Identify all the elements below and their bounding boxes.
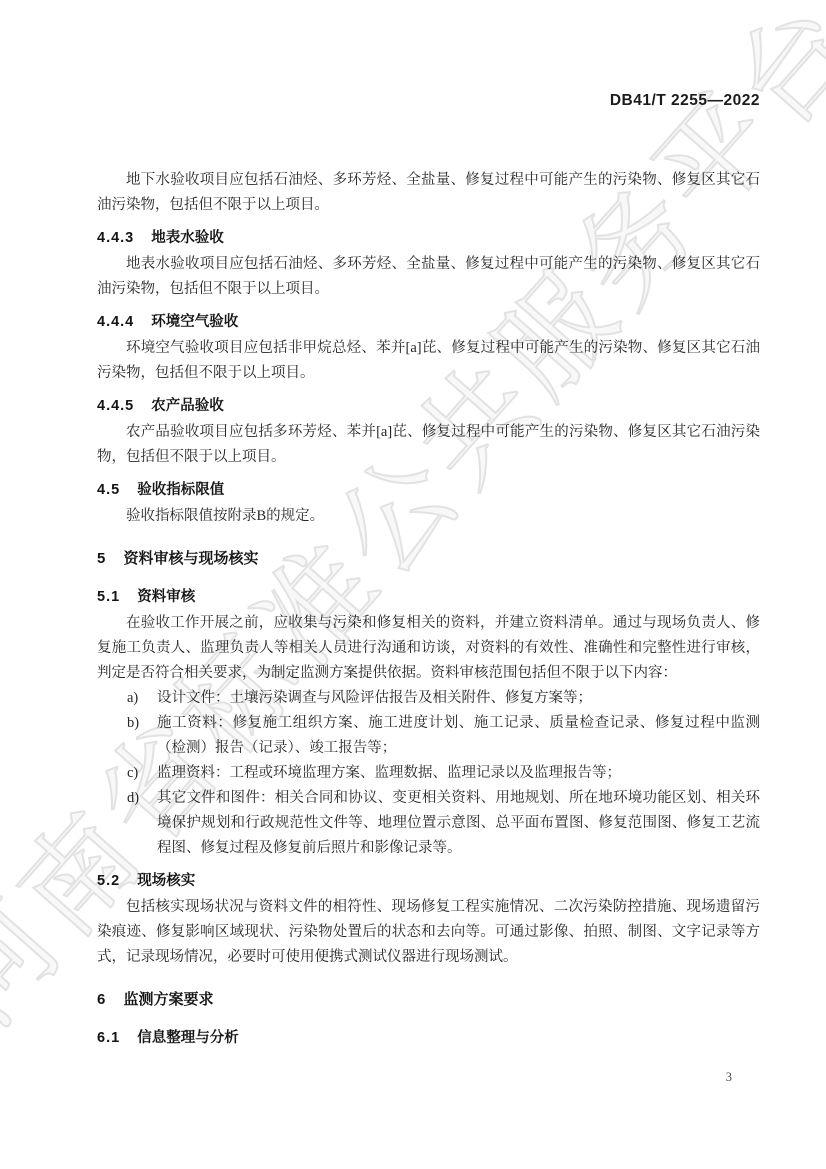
heading-number: 6.1 <box>97 1030 120 1046</box>
document-page: 河南省标准公共服务平台 DB41/T 2255—2022 地下水验收项目应包括石… <box>0 0 826 1169</box>
list-marker: b) <box>127 711 139 736</box>
paragraph-agricultural-products: 农产品验收项目应包括多环芳烃、苯并[a]芘、修复过程中可能产生的污染物、修复区其… <box>97 420 760 470</box>
list-item-text: 施工资料：修复施工组织方案、施工进度计划、施工记录、质量检查记录、修复过程中监测… <box>157 715 760 756</box>
heading-5: 5 资料审核与现场核实 <box>97 549 760 569</box>
heading-title: 监测方案要求 <box>124 991 214 1008</box>
paragraph-groundwater: 地下水验收项目应包括石油烃、多环芳烃、全盐量、修复过程中可能产生的污染物、修复区… <box>97 168 760 218</box>
heading-title: 农产品验收 <box>151 398 224 414</box>
list-item-c: c) 监理资料：工程或环境监理方案、监理数据、监理记录以及监理报告等； <box>97 761 760 786</box>
heading-4-4-3: 4.4.3 地表水验收 <box>97 228 760 248</box>
paragraph-data-review: 在验收工作开展之前，应收集与污染和修复相关的资料，并建立资料清单。通过与现场负责… <box>97 611 760 686</box>
heading-number: 5 <box>97 550 106 567</box>
page-footer: 3 <box>726 1070 732 1085</box>
heading-5-2: 5.2 现场核实 <box>97 871 760 891</box>
list-item-text: 监理资料：工程或环境监理方案、监理数据、监理记录以及监理报告等； <box>157 765 621 781</box>
page-header: DB41/T 2255—2022 <box>610 92 760 110</box>
page-number: 3 <box>726 1070 732 1084</box>
document-content: 地下水验收项目应包括石油烃、多环芳烃、全盐量、修复过程中可能产生的污染物、修复区… <box>97 164 760 1048</box>
paragraph-ambient-air: 环境空气验收项目应包括非甲烷总烃、苯并[a]芘、修复过程中可能产生的污染物、修复… <box>97 336 760 386</box>
data-review-list: a) 设计文件：土壤污染调查与风险评估报告及相关附件、修复方案等； b) 施工资… <box>97 686 760 861</box>
heading-5-1: 5.1 资料审核 <box>97 587 760 607</box>
list-item-text: 设计文件：土壤污染调查与风险评估报告及相关附件、修复方案等； <box>157 690 592 706</box>
paragraph-surface-water: 地表水验收项目应包括石油烃、多环芳烃、全盐量、修复过程中可能产生的污染物、修复区… <box>97 252 760 302</box>
list-marker: d) <box>127 786 139 811</box>
list-item-a: a) 设计文件：土壤污染调查与风险评估报告及相关附件、修复方案等； <box>97 686 760 711</box>
heading-6-1: 6.1 信息整理与分析 <box>97 1028 760 1048</box>
heading-6: 6 监测方案要求 <box>97 990 760 1010</box>
heading-number: 4.4.5 <box>97 398 134 414</box>
heading-number: 4.4.4 <box>97 314 134 330</box>
list-marker: c) <box>127 761 138 786</box>
heading-4-5: 4.5 验收指标限值 <box>97 480 760 500</box>
list-item-b: b) 施工资料：修复施工组织方案、施工进度计划、施工记录、质量检查记录、修复过程… <box>97 711 760 761</box>
list-item-d: d) 其它文件和图件：相关合同和协议、变更相关资料、用地规划、所在地环境功能区划… <box>97 786 760 861</box>
heading-number: 4.4.3 <box>97 230 134 246</box>
heading-number: 5.1 <box>97 589 120 605</box>
heading-number: 4.5 <box>97 482 120 498</box>
heading-title: 资料审核与现场核实 <box>124 550 259 567</box>
heading-number: 6 <box>97 991 106 1008</box>
heading-title: 验收指标限值 <box>137 482 224 498</box>
paragraph-acceptance-limits: 验收指标限值按附录B的规定。 <box>97 504 760 529</box>
heading-title: 资料审核 <box>137 589 195 605</box>
heading-4-4-4: 4.4.4 环境空气验收 <box>97 312 760 332</box>
list-marker: a) <box>127 686 138 711</box>
heading-title: 环境空气验收 <box>151 314 238 330</box>
standard-code: DB41/T 2255—2022 <box>610 92 760 109</box>
heading-number: 5.2 <box>97 873 120 889</box>
heading-4-4-5: 4.4.5 农产品验收 <box>97 396 760 416</box>
heading-title: 现场核实 <box>137 873 195 889</box>
list-item-text: 其它文件和图件：相关合同和协议、变更相关资料、用地规划、所在地环境功能区划、相关… <box>157 790 760 856</box>
heading-title: 信息整理与分析 <box>137 1030 239 1046</box>
paragraph-site-verification: 包括核实现场状况与资料文件的相符性、现场修复工程实施情况、二次污染防控措施、现场… <box>97 895 760 970</box>
heading-title: 地表水验收 <box>151 230 224 246</box>
